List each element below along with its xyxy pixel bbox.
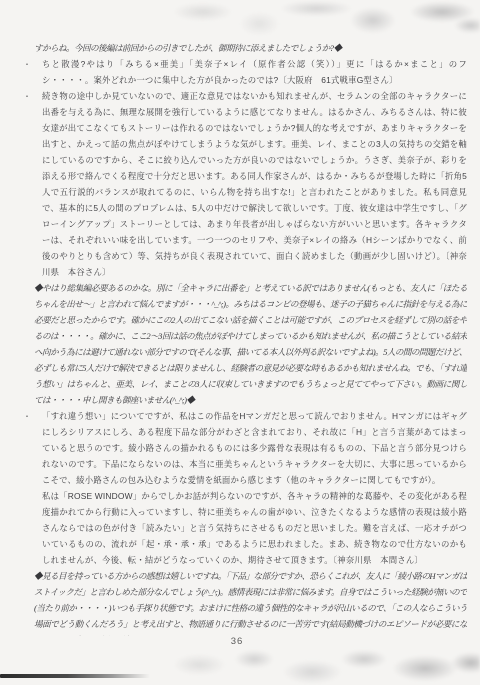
- paragraph-text: 続き物の途中しか見ていないので、適正な意見ではないかも知れませんが、セラムンの全…: [42, 91, 467, 277]
- page-number: 36: [0, 636, 474, 647]
- bullet-marker: ・: [23, 409, 31, 425]
- reader-comment: 私は「ROSE WINDOW」からでしかお話が判らないのですが、各キャラの精神的…: [20, 488, 467, 568]
- paragraph-text: ◆見る目を持っている方からの感想は嬉しいですね。「下品」な部分ですか、恐らくこれ…: [34, 571, 467, 636]
- scan-edge-artifact: [0, 674, 150, 678]
- author-reply: ◆見る目を持っている方からの感想は嬉しいですね。「下品」な部分ですか、恐らくこれ…: [20, 568, 467, 636]
- paragraph-text: すからね。今回の後編は前回からの引きでしたが、御期待に添えましたでしょうか?◆: [34, 43, 341, 53]
- paragraph-text: ちと散漫?やはり「みちる×亜美」「美奈子×レイ（原作者公認（笑））」更に「はるか…: [42, 59, 467, 85]
- paragraph-text: 「すれ違う想い」についてですが、私はこの作品をHマンガだと思って読んでおりません…: [42, 411, 467, 485]
- paragraph-text: ◆やはり総集編必要あるのかな。別に「全キャラに出番を」と考えている訳ではありませ…: [34, 283, 467, 405]
- paragraph-text: 私は「ROSE WINDOW」からでしかお話が判らないのですが、各キャラの精神的…: [42, 491, 467, 565]
- author-reply: ◆やはり総集編必要あるのかな。別に「全キャラに出番を」と考えている訳ではありませ…: [20, 280, 467, 408]
- reader-comment: ・続き物の途中しか見ていないので、適正な意見ではないかも知れませんが、セラムンの…: [20, 88, 467, 280]
- paper-texture-top: [165, 0, 480, 34]
- author-reply: すからね。今回の後編は前回からの引きでしたが、御期待に添えましたでしょうか?◆: [20, 40, 467, 56]
- reader-comment: ・「すれ違う想い」についてですが、私はこの作品をHマンガだと思って読んでおりませ…: [20, 408, 467, 488]
- paper-texture-bottom: [175, 648, 480, 685]
- text-block: すからね。今回の後編は前回からの引きでしたが、御期待に添えましたでしょうか?◆・…: [20, 40, 467, 636]
- reader-comment: ・ちと散漫?やはり「みちる×亜美」「美奈子×レイ（原作者公認（笑））」更に「はる…: [20, 56, 467, 88]
- bullet-marker: ・: [23, 57, 31, 73]
- bullet-marker: ・: [23, 89, 31, 105]
